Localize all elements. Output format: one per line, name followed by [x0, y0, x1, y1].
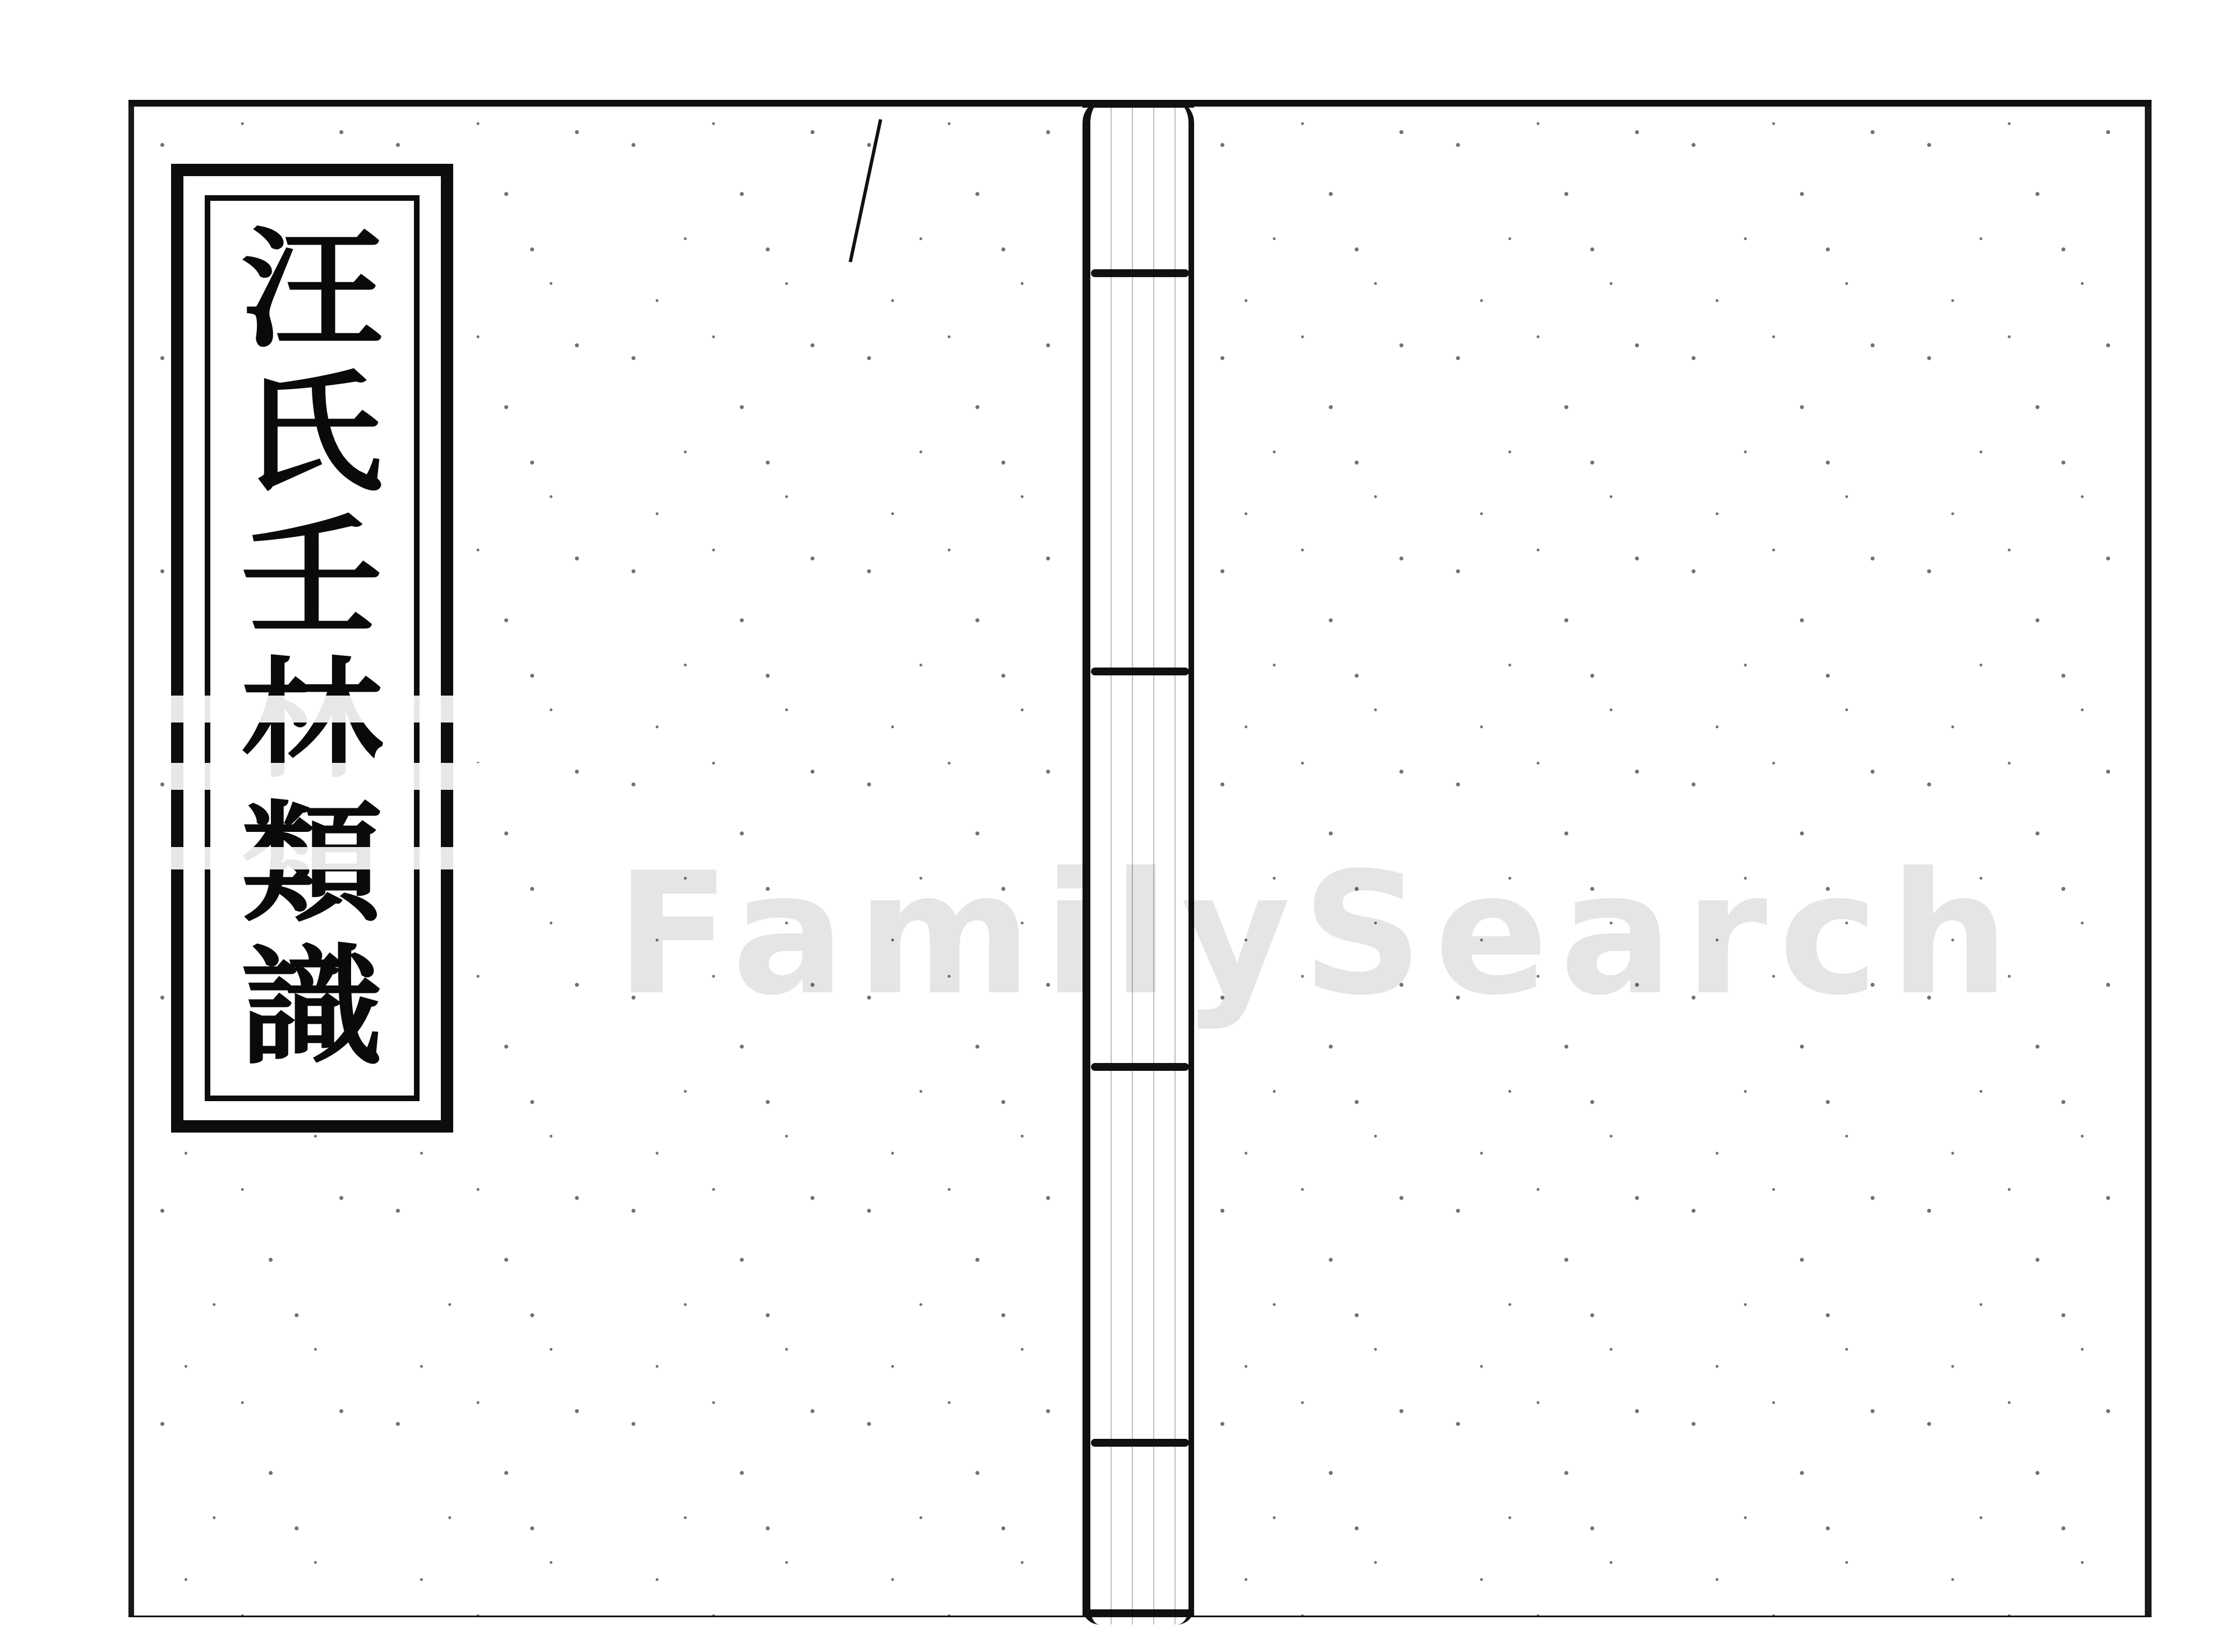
title-char: 汪: [241, 225, 383, 354]
paper-texture: [1194, 107, 2145, 1616]
binding-string: [1091, 1439, 1189, 1447]
title-char: 壬: [241, 512, 383, 641]
book-spine: [1083, 100, 1194, 1625]
book-photo: 汪 氏 壬 林 類 識 FamilySearch: [0, 0, 2234, 1652]
back-cover: [1194, 107, 2152, 1616]
title-label-frame: 汪 氏 壬 林 類 識: [205, 195, 420, 1101]
title-char: 氏: [241, 369, 383, 498]
scan-artifact-band: [168, 696, 505, 948]
binding-string: [1091, 668, 1189, 675]
binding-string: [1091, 1063, 1189, 1071]
title-label: 汪 氏 壬 林 類 識: [171, 164, 453, 1133]
title-char: 識: [241, 942, 383, 1071]
binding-string: [1091, 269, 1189, 277]
